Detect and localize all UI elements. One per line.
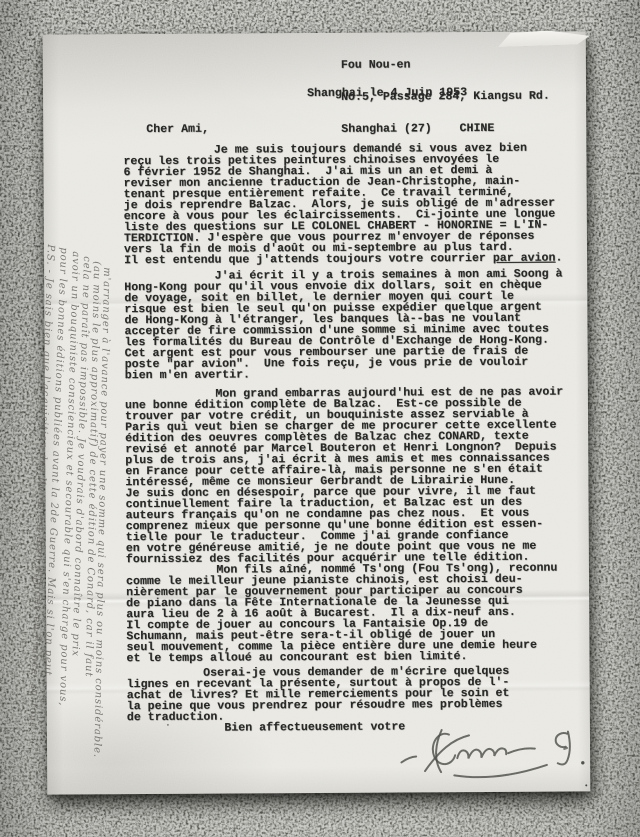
salutation: Cher Ami, [123, 121, 593, 135]
letter-paragraph: Mon grand embarras aujourd'hui est de ne… [125, 386, 596, 565]
letter-paper: Fou Nou-en No.5, Passage 284, Kiangsu Rd… [43, 31, 591, 794]
margin-note-line: avoir un bouquiniste consciencieux et se… [57, 251, 81, 706]
letter-paragraphs: Je me suis toujours demandé si vous avez… [123, 142, 597, 734]
margin-note-line: (au moins le plus approximatif) de cette… [83, 261, 102, 677]
signature-handwriting [393, 716, 596, 790]
letter-body: Cher Ami, Je me suis toujours demandé si… [123, 121, 597, 734]
letter-paragraph: J'ai écrit il y a trois semaines à mon a… [124, 268, 595, 381]
photo-background: Fou Nou-en No.5, Passage 284, Kiangsu Rd… [0, 0, 640, 837]
margin-note-line: pour les bonnes éditions publiées avant … [42, 247, 69, 676]
dateline: Shanghai le 4 Juin 1953 [307, 87, 467, 99]
dust-speck [167, 724, 169, 726]
letter-line: Il est entendu que j'attends toujours vo… [124, 252, 594, 266]
letter-paragraph: Mon fils aîné, nommé Ts'ong (Fou Ts'ong)… [126, 562, 597, 664]
margin-note-line: m'arranger à l'avance pour payer une som… [91, 267, 112, 758]
letter-paragraph: Je me suis toujours demandé si vous avez… [123, 142, 594, 266]
margin-note-line: cela ne paraît pas impossible. Je voudra… [70, 256, 93, 657]
letter-line: et le temps alloué au concourant est bie… [126, 650, 596, 664]
dust-speck [585, 784, 587, 786]
sender-name: Fou Nou-en [341, 60, 550, 71]
